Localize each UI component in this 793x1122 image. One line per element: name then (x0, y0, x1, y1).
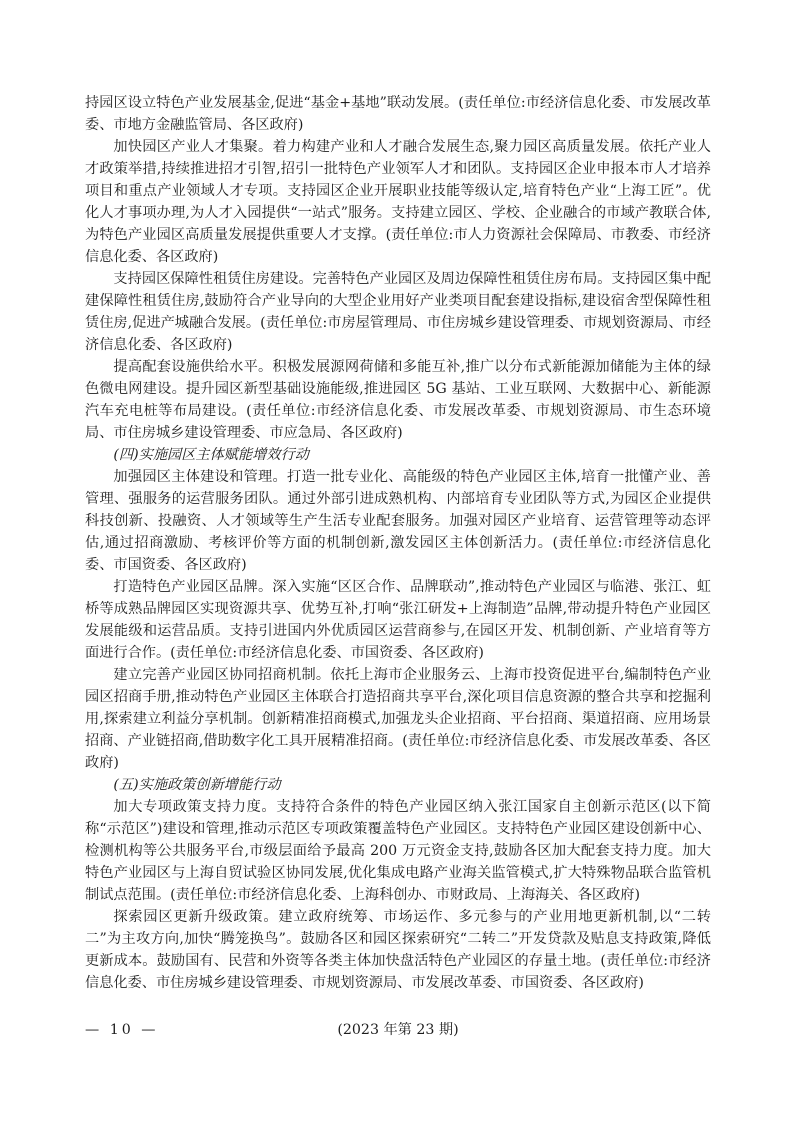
document-body: 持园区设立特色产业发展基金,促进“基金+基地”联动发展。(责任单位:市经济信息化… (85, 92, 711, 994)
paragraph-talent: 加快园区产业人才集聚。着力构建产业和人才融合发展生态,聚力园区高质量发展。依托产… (85, 136, 711, 268)
paragraph-rental-housing: 支持园区保障性租赁住房建设。完善特色产业园区及周边保障性租赁住房布局。支持园区集… (85, 268, 711, 356)
paragraph-renewal-policy: 探索园区更新升级政策。建立政府统筹、市场运作、多元参与的产业用地更新机制,以“二… (85, 906, 711, 994)
section-heading-4: (四)实施园区主体赋能增效行动 (85, 444, 711, 466)
issue-number: (2023 年第 23 期) (85, 1019, 711, 1041)
page-footer: — 10 — (2023 年第 23 期) (85, 1019, 711, 1041)
paragraph-infrastructure: 提高配套设施供给水平。积极发展源网荷储和多能互补,推广以分布式新能源加储能为主体… (85, 356, 711, 444)
paragraph-continuation: 持园区设立特色产业发展基金,促进“基金+基地”联动发展。(责任单位:市经济信息化… (85, 92, 711, 136)
paragraph-special-policy: 加大专项政策支持力度。支持符合条件的特色产业园区纳入张江国家自主创新示范区(以下… (85, 796, 711, 906)
paragraph-investment-promotion: 建立完善产业园区协同招商机制。依托上海市企业服务云、上海市投资促进平台,编制特色… (85, 664, 711, 774)
paragraph-park-management: 加强园区主体建设和管理。打造一批专业化、高能级的特色产业园区主体,培育一批懂产业… (85, 466, 711, 576)
section-heading-5: (五)实施政策创新增能行动 (85, 774, 711, 796)
document-page: 持园区设立特色产业发展基金,促进“基金+基地”联动发展。(责任单位:市经济信息化… (0, 0, 793, 1122)
paragraph-park-brand: 打造特色产业园区品牌。深入实施“区区合作、品牌联动”,推动特色产业园区与临港、张… (85, 576, 711, 664)
